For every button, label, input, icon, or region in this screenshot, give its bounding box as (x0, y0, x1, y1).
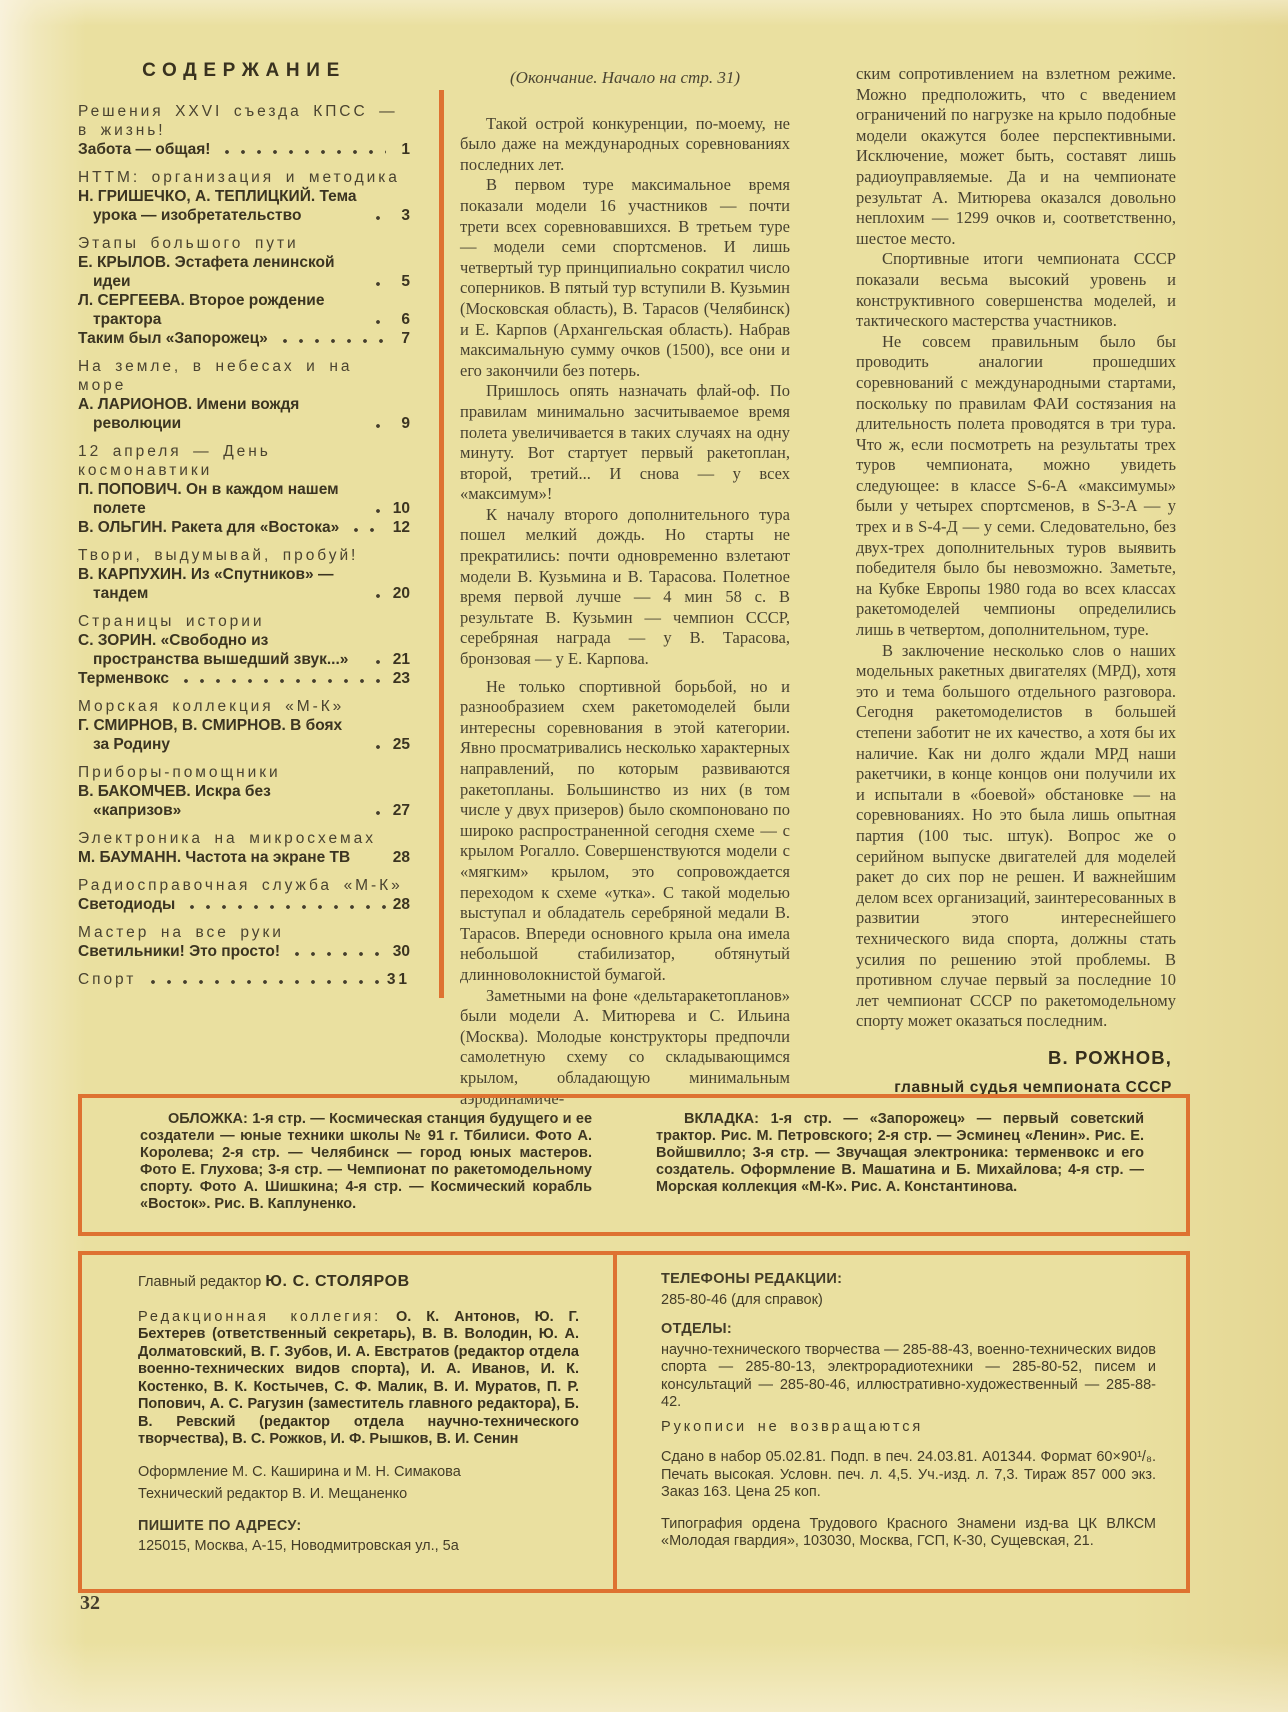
dot-leader (289, 946, 386, 962)
chief-editor-label: Главный редактор (138, 1274, 261, 1290)
masthead-contacts-cell: ТЕЛЕФОНЫ РЕДАКЦИИ: 285-80-46 (для справо… (617, 1255, 1186, 1589)
chief-editor-line: Главный редактор Ю. С. СТОЛЯРОВ (138, 1273, 579, 1292)
toc-entry: Спорт31 (78, 970, 410, 989)
toc-page-number: 20 (390, 584, 410, 603)
toc-section-heading: Электроника на микросхемах (78, 829, 410, 848)
article-paragraph: Спортивные итоги чемпионата СССР показал… (856, 249, 1176, 331)
toc-entry: Таким был «Запорожец»7 (78, 329, 410, 348)
dot-leader (370, 210, 386, 226)
toc-page-number: 30 (390, 942, 410, 961)
article-paragraph: Пришлось опять назначать флай-оф. По пра… (460, 381, 790, 505)
continuation-note: (Окончание. Начало на стр. 31) (460, 68, 790, 89)
article-paragraph: Заметными на фоне «дельтаракетопланов» б… (460, 986, 790, 1110)
toc-section-heading: Решения XXVI съезда КПСС — в жизнь! (78, 102, 410, 140)
toc-entry-title: Светодиоды (78, 895, 175, 914)
toc-section: Решения XXVI съезда КПСС — в жизнь!Забот… (78, 102, 410, 159)
cover-label: ОБЛОЖКА: (168, 1111, 248, 1127)
toc-page-number: 28 (390, 895, 410, 914)
dot-leader (370, 276, 386, 292)
toc-entry: Светильники! Это просто!30 (78, 942, 410, 961)
toc-section: Спорт31 (78, 970, 410, 989)
toc-entry: Н. ГРИШЕЧКО, А. ТЕПЛИЦКИЙ. Тема урока — … (78, 187, 410, 225)
toc-entry: В. КАРПУХИН. Из «Спутников» — тандем20 (78, 565, 410, 603)
printing-house: Типография ордена Трудового Красного Зна… (661, 1516, 1156, 1551)
toc-page-number: 25 (390, 735, 410, 754)
toc-entry-title: С. ЗОРИН. «Свободно из пространства выше… (78, 631, 361, 669)
dot-leader (277, 333, 386, 349)
toc-entry-title: М. БАУМАНН. Частота на экране ТВ (78, 848, 350, 867)
toc-section-heading: Страницы истории (78, 612, 410, 631)
toc-section: Мастер на все рукиСветильники! Это прост… (78, 923, 410, 961)
inset-label: ВКЛАДКА: (684, 1111, 759, 1127)
toc-section: Морская коллекция «М-К»Г. СМИРНОВ, В. СМ… (78, 697, 410, 754)
dot-leader (145, 974, 383, 990)
editorial-board-names: О. К. Антонов, Ю. Г. Бехтерев (ответстве… (138, 1309, 579, 1448)
toc-entry: С. ЗОРИН. «Свободно из пространства выше… (78, 631, 410, 669)
dot-leader (370, 503, 386, 519)
design-credit: Оформление М. С. Каширина и М. Н. Симако… (138, 1464, 579, 1482)
editorial-address: 125015, Москва, А-15, Новодмитровская ул… (138, 1538, 579, 1556)
masthead-editorial-cell: Главный редактор Ю. С. СТОЛЯРОВ Редакцио… (82, 1255, 617, 1589)
toc-entry-title: В. БАКОМЧЕВ. Искра без «капризов» (78, 782, 361, 820)
toc-entry: Л. СЕРГЕЕВА. Второе рождение трактора6 (78, 291, 410, 329)
toc-page-number: 7 (390, 329, 410, 348)
editorial-board: Редакционная коллегия: О. К. Антонов, Ю.… (138, 1309, 579, 1449)
phones-main: 285-80-46 (для справок) (661, 1292, 1156, 1310)
signature-name: В. РОЖНОВ, (856, 1048, 1172, 1069)
article-paragraph: Не только спортивной борьбой, но и разно… (460, 677, 790, 986)
toc-entry-title: А. ЛАРИОНОВ. Имени вождя революции (78, 395, 361, 433)
toc-section-heading: 12 апреля — День космонавтики (78, 442, 410, 480)
toc-section-heading: НТТМ: организация и методика (78, 168, 410, 187)
toc-entry-title: Светильники! Это просто! (78, 942, 280, 961)
toc-page-number: 9 (390, 414, 410, 433)
toc-entry-title: В. КАРПУХИН. Из «Спутников» — тандем (78, 565, 361, 603)
article-paragraphs-middle: Такой острой конкуренции, по-моему, не б… (460, 114, 790, 1110)
article-paragraph: К началу второго дополнительного тура по… (460, 505, 790, 670)
toc-entry: В. БАКОМЧЕВ. Искра без «капризов»27 (78, 782, 410, 820)
toc-section-heading: Этапы большого пути (78, 234, 410, 253)
toc-title: СОДЕРЖАНИЕ (78, 60, 410, 82)
toc-entry: Терменвокс23 (78, 669, 410, 688)
article-paragraph: Такой острой конкуренции, по-моему, не б… (460, 114, 790, 176)
toc-entry: В. ОЛЬГИН. Ракета для «Востока»12 (78, 518, 410, 537)
toc-entry: Г. СМИРНОВ, В. СМИРНОВ. В боях за Родину… (78, 716, 410, 754)
toc-section: Электроника на микросхемахМ. БАУМАНН. Ча… (78, 829, 410, 867)
article-column-middle: (Окончание. Начало на стр. 31) Такой ост… (460, 68, 790, 1109)
toc-page-number: 31 (387, 970, 410, 989)
toc-section: НТТМ: организация и методикаН. ГРИШЕЧКО,… (78, 168, 410, 225)
toc-section-heading: Морская коллекция «М-К» (78, 697, 410, 716)
article-column-right: ским сопротивлением на взлетном режиме. … (856, 64, 1176, 1098)
toc-section: Радиосправочная служба «М-К»Светодиоды28 (78, 876, 410, 914)
toc-page-number: 5 (390, 272, 410, 291)
dot-leader (370, 418, 386, 434)
column-divider-rule (439, 90, 444, 998)
dot-leader (370, 588, 386, 604)
dot-leader (370, 805, 386, 821)
article-paragraph: ским сопротивлением на взлетном режиме. … (856, 64, 1176, 249)
toc-section: На земле, в небесах и на мореА. ЛАРИОНОВ… (78, 357, 410, 433)
toc-section-heading: На земле, в небесах и на море (78, 357, 410, 395)
cover-note: ОБЛОЖКА: 1-я стр. — Космическая станция … (140, 1111, 592, 1222)
toc-entry: А. ЛАРИОНОВ. Имени вождя революции9 (78, 395, 410, 433)
toc-section: 12 апреля — День космонавтикиП. ПОПОВИЧ.… (78, 442, 410, 537)
toc-section-heading: Твори, выдумывай, пробуй! (78, 546, 410, 565)
departments-list: научно-технического творчества — 285-88-… (661, 1342, 1156, 1412)
toc-section: Страницы историиС. ЗОРИН. «Свободно из п… (78, 612, 410, 688)
dot-leader (370, 739, 386, 755)
toc-entry: П. ПОПОВИЧ. Он в каждом нашем полете10 (78, 480, 410, 518)
dot-leader (348, 522, 386, 538)
toc-entry: Е. КРЫЛОВ. Эстафета ленинской идеи5 (78, 253, 410, 291)
editorial-board-label: Редакционная коллегия: (138, 1309, 381, 1325)
toc-entry-title: Терменвокс (78, 669, 169, 688)
toc-entry: Светодиоды28 (78, 895, 410, 914)
tech-editor-line: Технический редактор В. И. Мещаненко (138, 1486, 579, 1504)
toc-entry-title: Л. СЕРГЕЕВА. Второе рождение трактора (78, 291, 361, 329)
magazine-page: СОДЕРЖАНИЕ Решения XXVI съезда КПСС — в … (0, 0, 1288, 1712)
toc-sections: Решения XXVI съезда КПСС — в жизнь!Забот… (78, 102, 410, 989)
print-info: Сдано в набор 05.02.81. Подп. в печ. 24.… (661, 1449, 1156, 1502)
article-paragraph: Не совсем правильным было бы проводить а… (856, 332, 1176, 641)
masthead-box: Главный редактор Ю. С. СТОЛЯРОВ Редакцио… (78, 1251, 1190, 1593)
page-number: 32 (80, 1592, 100, 1615)
article-signature: В. РОЖНОВ, главный судья чемпионата СССР (856, 1048, 1176, 1098)
inset-note: ВКЛАДКА: 1-я стр. — «Запорожец» — первый… (656, 1111, 1144, 1222)
dot-leader (184, 899, 386, 915)
departments-label: ОТДЕЛЫ: (661, 1321, 1156, 1339)
toc-section-heading: Радиосправочная служба «М-К» (78, 876, 410, 895)
toc-entry-title: Спорт (78, 970, 136, 989)
toc-page-number: 3 (390, 206, 410, 225)
toc-page-number: 10 (390, 499, 410, 518)
toc-entry-title: Н. ГРИШЕЧКО, А. ТЕПЛИЦКИЙ. Тема урока — … (78, 187, 361, 225)
dot-leader (219, 144, 386, 160)
toc-page-number: 1 (390, 140, 410, 159)
article-paragraphs-right: ским сопротивлением на взлетном режиме. … (856, 64, 1176, 1032)
chief-editor-name: Ю. С. СТОЛЯРОВ (265, 1273, 410, 1290)
table-of-contents: СОДЕРЖАНИЕ Решения XXVI съезда КПСС — в … (78, 60, 410, 998)
toc-page-number: 27 (390, 801, 410, 820)
toc-entry-title: Таким был «Запорожец» (78, 329, 268, 348)
toc-page-number: 12 (390, 518, 410, 537)
article-paragraph: В заключение несколько слов о наших моде… (856, 641, 1176, 1032)
cover-inset-box: ОБЛОЖКА: 1-я стр. — Космическая станция … (78, 1094, 1190, 1236)
toc-entry: М. БАУМАНН. Частота на экране ТВ28 (78, 848, 410, 867)
dot-leader (370, 654, 386, 670)
toc-section: Этапы большого путиЕ. КРЫЛОВ. Эстафета л… (78, 234, 410, 348)
phones-label: ТЕЛЕФОНЫ РЕДАКЦИИ: (661, 1271, 1156, 1289)
toc-page-number: 23 (390, 669, 410, 688)
toc-entry-title: В. ОЛЬГИН. Ракета для «Востока» (78, 518, 339, 537)
toc-section-heading: Приборы-помощники (78, 763, 410, 782)
toc-entry: Забота — общая!1 (78, 140, 410, 159)
write-to-label: ПИШИТЕ ПО АДРЕСУ: (138, 1518, 579, 1536)
toc-page-number: 6 (390, 310, 410, 329)
toc-entry-title: Е. КРЫЛОВ. Эстафета ленинской идеи (78, 253, 361, 291)
article-paragraph: В первом туре максимальное время показал… (460, 175, 790, 381)
manuscripts-note: Рукописи не возвращаются (661, 1419, 1156, 1437)
toc-page-number: 21 (390, 650, 410, 669)
toc-entry-title: Г. СМИРНОВ, В. СМИРНОВ. В боях за Родину (78, 716, 361, 754)
toc-page-number: 28 (390, 848, 410, 867)
toc-section: Приборы-помощникиВ. БАКОМЧЕВ. Искра без … (78, 763, 410, 820)
toc-entry-title: П. ПОПОВИЧ. Он в каждом нашем полете (78, 480, 361, 518)
dot-leader (370, 314, 386, 330)
dot-leader (178, 673, 386, 689)
toc-section: Твори, выдумывай, пробуй!В. КАРПУХИН. Из… (78, 546, 410, 603)
toc-entry-title: Забота — общая! (78, 140, 210, 159)
toc-section-heading: Мастер на все руки (78, 923, 410, 942)
